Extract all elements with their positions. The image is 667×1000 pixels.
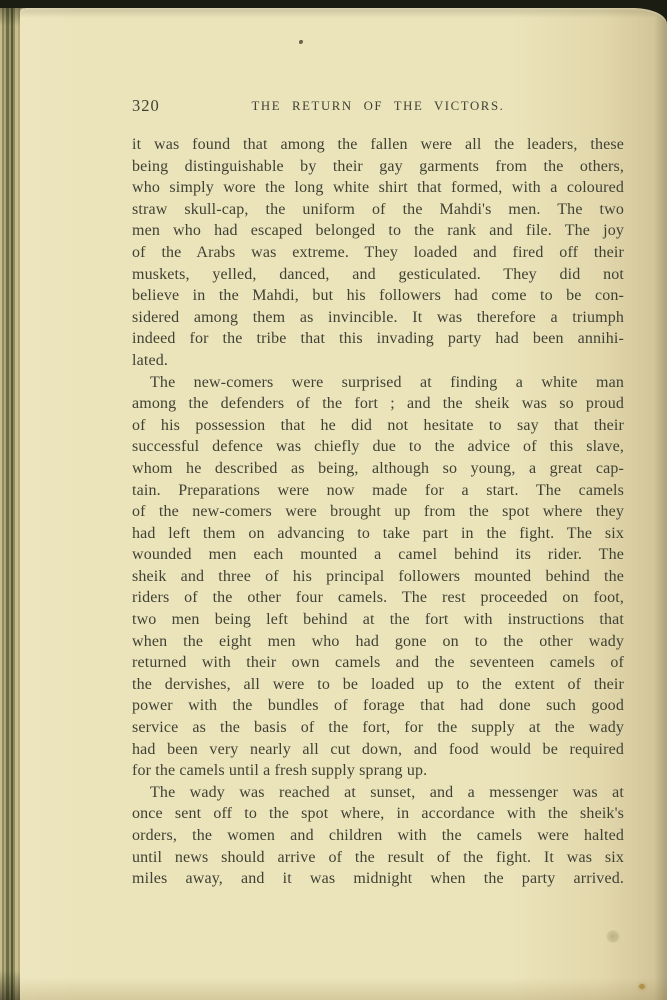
text-line: indeed for the tribe that this invading … [132,328,624,350]
text-line: miles away, and it was midnight when the… [132,868,624,890]
running-header-title: THE RETURN OF THE VICTORS. [132,99,624,114]
text-line: two men being left behind at the fort wi… [132,609,624,631]
text-line: had left them on advancing to take part … [132,523,624,545]
text-line: whom he described as being, although so … [132,458,624,480]
paragraph: it was found that among the fallen were … [132,134,624,372]
paragraph: The new-comers were surprised at finding… [132,372,624,782]
text-line: The new-comers were surprised at finding… [132,372,624,394]
text-line: power with the bundles of forage that ha… [132,695,624,717]
page-content: 320 THE RETURN OF THE VICTORS. it was fo… [132,96,624,890]
text-line: it was found that among the fallen were … [132,134,624,156]
text-line: being distinguishable by their gay garme… [132,156,624,178]
text-line: of the new-comers were brought up from t… [132,501,624,523]
paragraph: The wady was reached at sunset, and a me… [132,782,624,890]
text-line: among the defenders of the fort ; and th… [132,393,624,415]
smudge-spot [606,930,620,943]
text-line: service as the basis of the fort, for th… [132,717,624,739]
text-line: straw skull-cap, the uniform of the Mahd… [132,199,624,221]
text-line: riders of the other four camels. The res… [132,587,624,609]
text-line: of the Arabs was extreme. They loaded an… [132,242,624,264]
text-line: sidered among them as invincible. It was… [132,307,624,329]
stain-speck [639,984,645,989]
text-line: had been very nearly all cut down, and f… [132,739,624,761]
text-line: orders, the women and children with the … [132,825,624,847]
text-line: who simply wore the long white shirt tha… [132,177,624,199]
text-line: tain. Preparations were now made for a s… [132,480,624,502]
text-line: wounded men each mounted a camel behind … [132,544,624,566]
text-line: sheik and three of his principal followe… [132,566,624,588]
text-line: lated. [132,350,624,372]
text-line: until news should arrive of the result o… [132,847,624,869]
text-line: successful defence was chiefly due to th… [132,436,624,458]
body-text: it was found that among the fallen were … [132,134,624,890]
text-line: once sent off to the spot where, in acco… [132,803,624,825]
text-line: muskets, yelled, danced, and gesticulate… [132,264,624,286]
text-line: returned with their own camels and the s… [132,652,624,674]
text-line: believe in the Mahdi, but his followers … [132,285,624,307]
text-line: men who had escaped belonged to the rank… [132,220,624,242]
scanned-book-page: 320 THE RETURN OF THE VICTORS. it was fo… [0,0,667,1000]
paper-page: 320 THE RETURN OF THE VICTORS. it was fo… [20,8,667,1000]
text-line: of his possession that he did not hesita… [132,415,624,437]
text-line: when the eight men who had gone on to th… [132,631,624,653]
page-header: 320 THE RETURN OF THE VICTORS. [132,96,624,116]
text-line: for the camels until a fresh supply spra… [132,760,624,782]
text-line: the dervishes, all were to be loaded up … [132,674,624,696]
text-line: The wady was reached at sunset, and a me… [132,782,624,804]
